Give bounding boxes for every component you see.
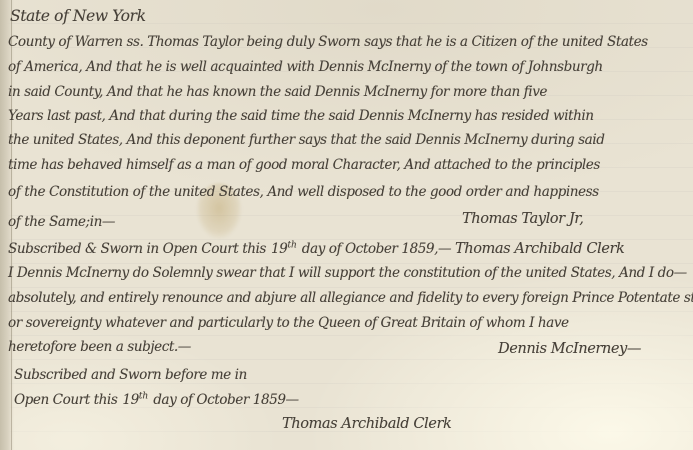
jurat-suffix: day of October 1859,— [302,241,451,257]
affidavit-jurat: Subscribed & Sworn in Open Court this19t… [8,239,451,259]
oath-line-1: I Dennis McInerny do Solemnly swear that… [8,263,687,283]
oath-line-2: absolutely, and entirely renounce and ab… [8,288,693,308]
thomas-taylor-signature: Thomas Taylor Jr, [462,209,583,229]
affidavit-line-8: of the Same;in— [8,212,115,232]
jurat-text: Subscribed & Sworn in Open Court this [8,241,266,257]
affidavit-line-1: County of Warren ss. Thomas Taylor being… [8,32,648,52]
oath-jurat-line-1: Subscribed and Sworn before me in [14,365,247,385]
jurat-ordinal: th [287,241,296,251]
clerk-attestation-1: Thomas Archibald Clerk [455,239,624,259]
oath-jurat-ordinal: th [139,392,148,402]
oath-jurat-line-2: Open Court this19thday of October 1859— [14,390,299,410]
state-heading: State of New York [10,6,146,26]
oath-jurat-suffix: day of October 1859— [153,392,298,408]
affidavit-line-5: the united States, And this deponent fur… [8,130,604,150]
clerk-attestation-2: Thomas Archibald Clerk [282,414,451,434]
jurat-day: 19 [271,241,287,257]
affidavit-line-2: of America, And that he is well acquaint… [8,57,603,77]
oath-line-4: heretofore been a subject.— [8,337,191,357]
dennis-mcinerney-signature: Dennis McInerney— [498,339,641,359]
document-page: State of New York County of Warren ss. T… [0,0,693,450]
oath-jurat-text: Open Court this [14,392,117,408]
affidavit-line-7: of the Constitution of the united States… [8,182,599,202]
oath-line-3: or sovereignty whatever and particularly… [8,313,569,333]
affidavit-line-4: Years last past, And that during the sai… [8,106,594,126]
affidavit-line-3: in said County, And that he has known th… [8,82,547,102]
oath-jurat-day: 19 [122,392,138,408]
affidavit-line-6: time has behaved himself as a man of goo… [8,155,600,175]
